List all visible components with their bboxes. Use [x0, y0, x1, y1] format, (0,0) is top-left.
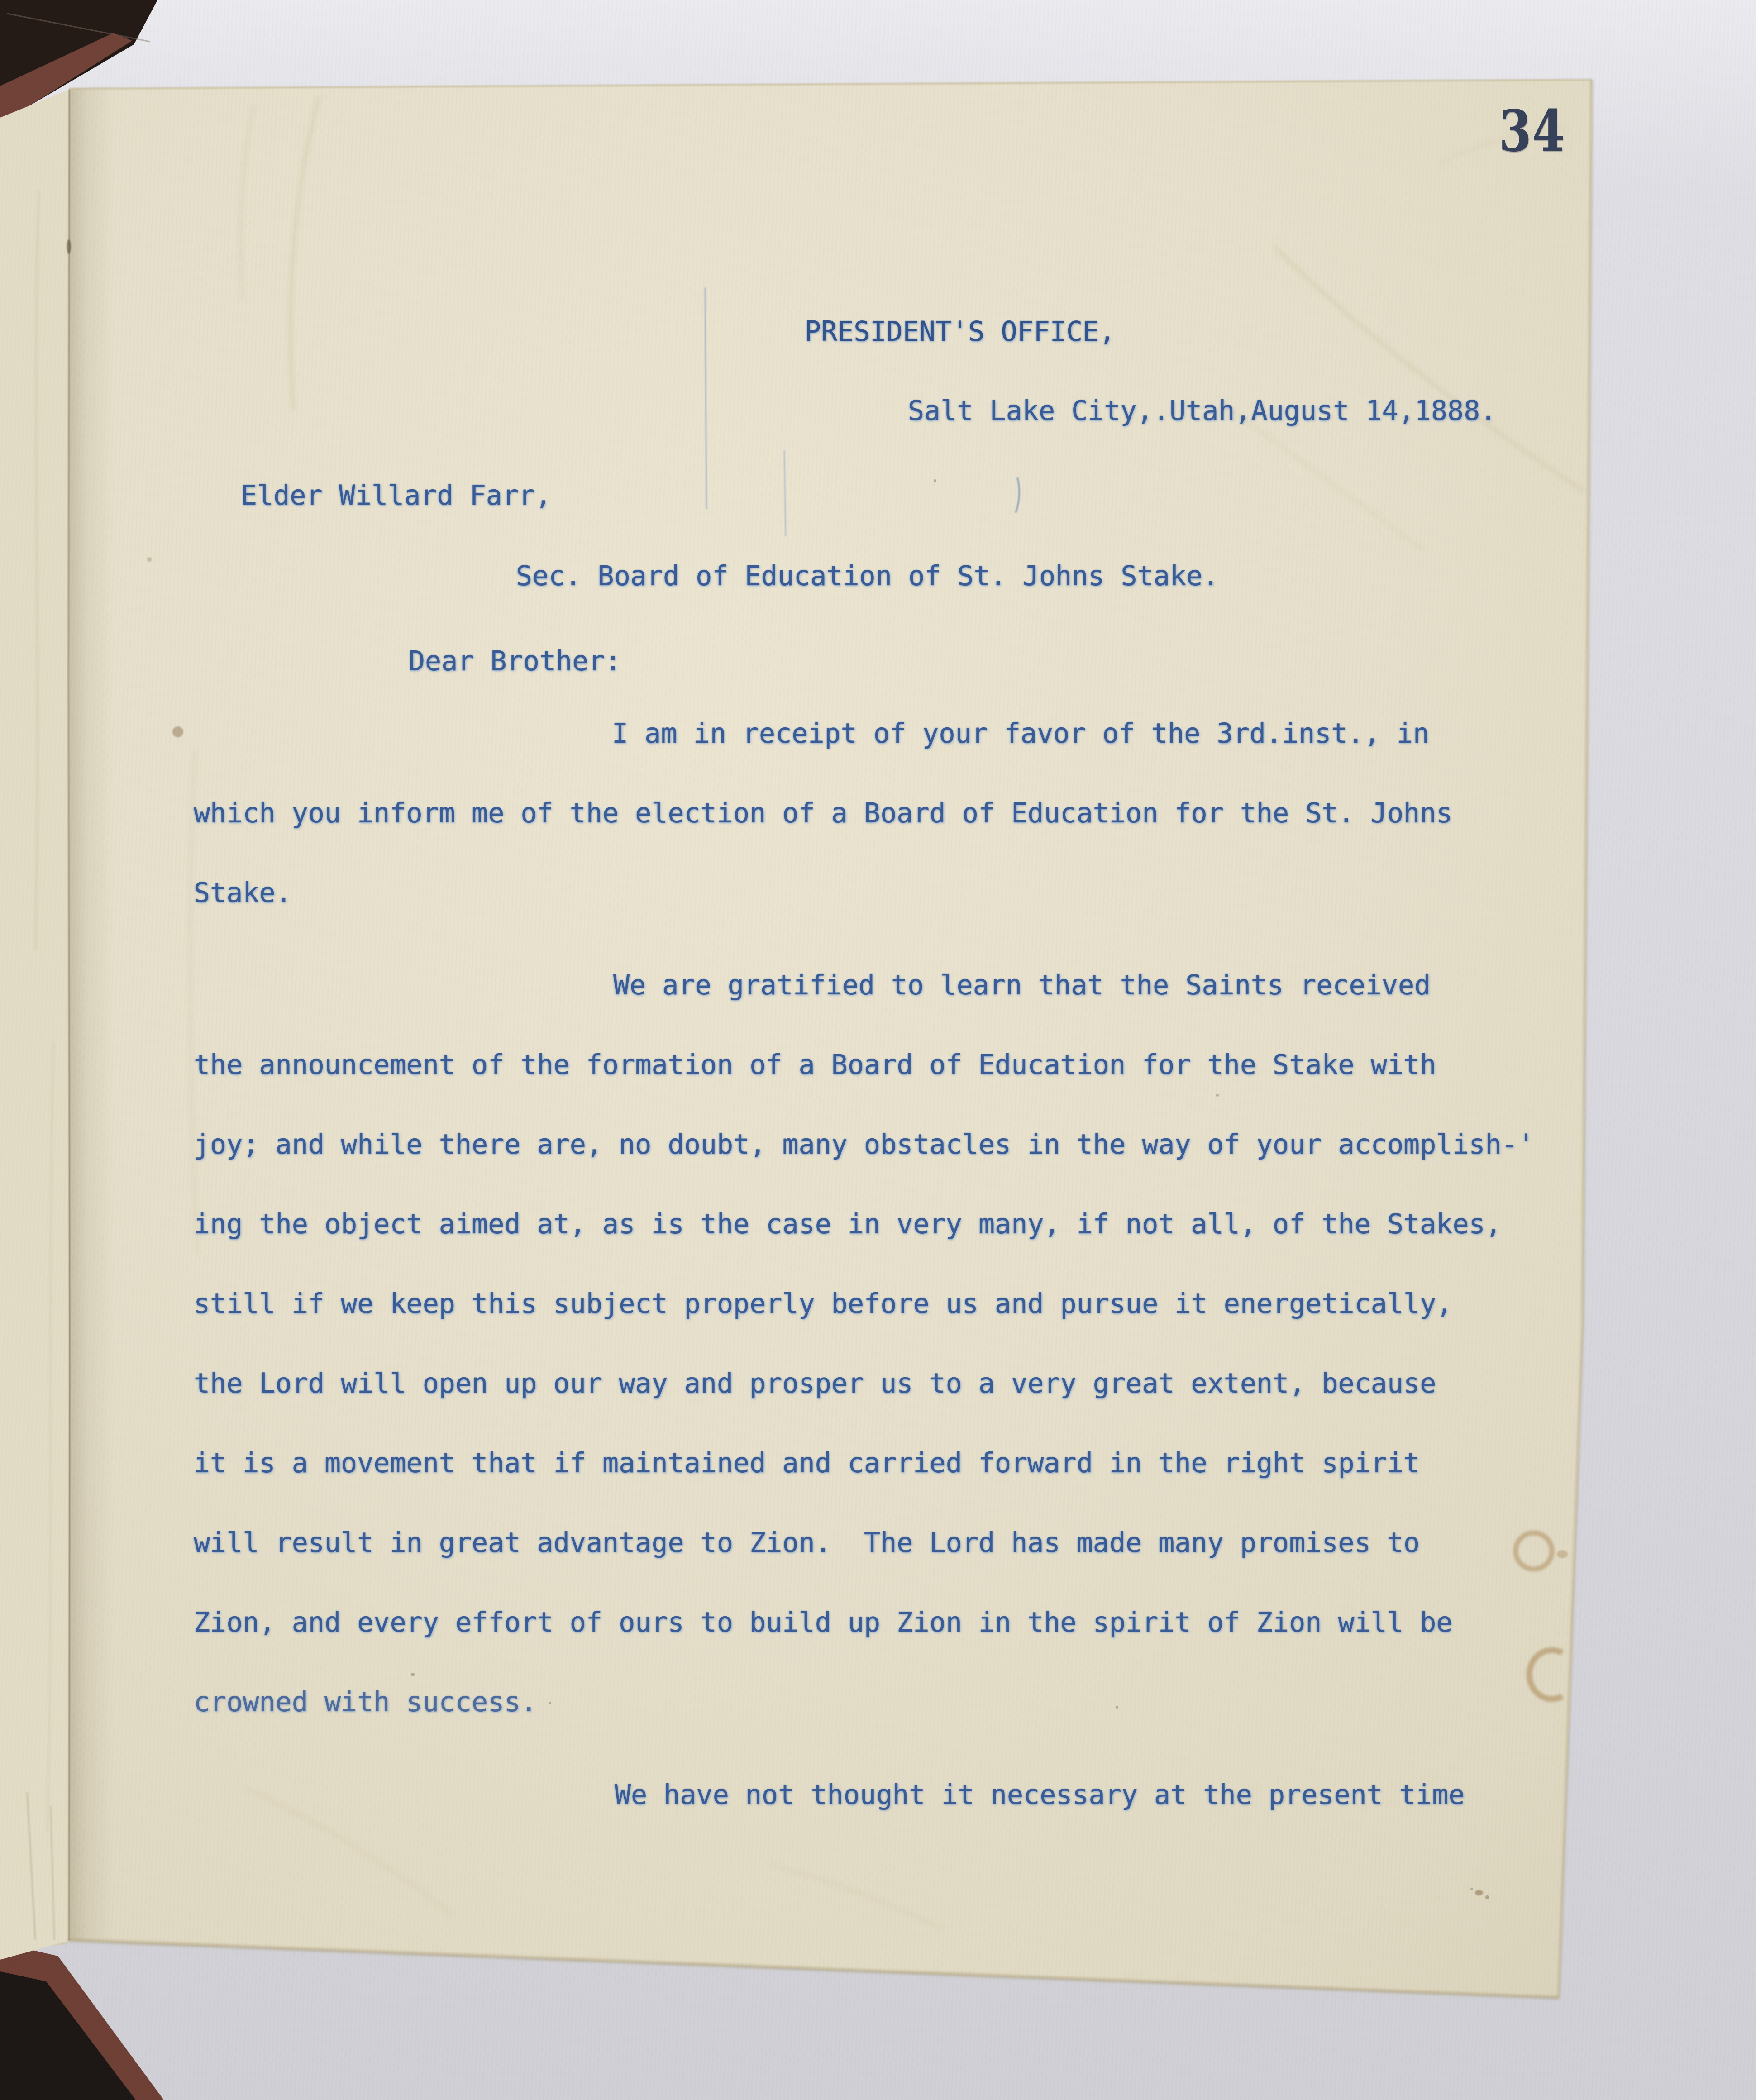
body-line: crowned with success. [194, 1689, 537, 1716]
body-line: I am in receipt of your favor of the 3rd… [612, 720, 1429, 747]
body-line: the Lord will open up our way and prospe… [194, 1370, 1436, 1397]
page-number-stamp: 34 [1499, 102, 1565, 159]
letterhead-office-line: PRESIDENT'S OFFICE, [805, 318, 1115, 345]
letterbook-scan-page: 34 PRESIDENT'S OFFICE, Salt Lake City,.U… [0, 0, 1756, 2100]
body-line: Zion, and every effort of ours to build … [194, 1609, 1452, 1636]
recipient-name-line: Elder Willard Farr, [241, 482, 551, 509]
body-line: ing the object aimed at, as is the case … [194, 1211, 1502, 1238]
body-line: which you inform me of the election of a… [194, 800, 1452, 827]
salutation-line: Dear Brother: [409, 648, 621, 675]
body-line: the announcement of the formation of a B… [194, 1051, 1436, 1079]
dateline: Salt Lake City,.Utah,August 14,1888. [908, 397, 1496, 425]
body-line: We are gratified to learn that the Saint… [613, 972, 1431, 999]
body-line: will result in great advantage to Zion. … [194, 1529, 1420, 1556]
body-line: it is a movement that if maintained and … [194, 1450, 1420, 1477]
book-cover-bottom-left [0, 1929, 164, 2100]
previous-page-sliver [0, 90, 69, 1960]
body-line: Stake. [194, 879, 292, 907]
body-line: still if we keep this subject properly b… [194, 1290, 1452, 1317]
recipient-title-line: Sec. Board of Education of St. Johns Sta… [516, 563, 1219, 590]
body-line: We have not thought it necessary at the … [615, 1781, 1465, 1809]
body-line: joy; and while there are, no doubt, many… [194, 1131, 1534, 1158]
